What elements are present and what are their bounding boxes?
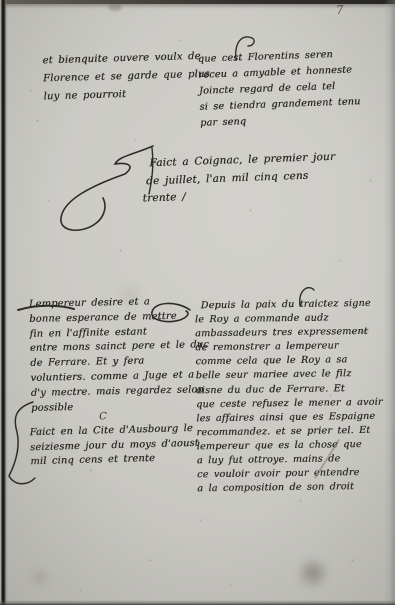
- dateline-augsburg: C Faict en la Cite d'Ausbourg le seizies…: [29, 422, 199, 470]
- manuscript-line: Depuis la paix du traictez signe: [201, 297, 382, 314]
- paragraph-depuis-la-paix: Depuis la paix du traictez signe le Roy …: [195, 297, 384, 497]
- paragraph-florentin: que cest Florentins seren receu a amyabl…: [198, 46, 362, 132]
- marginal-mark: C: [99, 411, 107, 422]
- initial-swirl-flourish: [146, 300, 196, 328]
- binding-edge-left: [0, 0, 8, 605]
- manuscript-line: mil cinq cens et trente: [30, 451, 199, 470]
- manuscript-line: ce vouloir avoir pour entendre: [197, 466, 384, 483]
- manuscript-line: luy ne pourroit: [43, 84, 210, 107]
- paper-stain: [296, 556, 330, 590]
- dateline-cognac: Faict a Coignac, le premier jour de juil…: [149, 149, 336, 208]
- paragraph-florence: et bienquite ouvere voulx de Florence et…: [42, 48, 210, 107]
- scan-edge-top: [0, 0, 395, 4]
- paper-stain: [108, 4, 122, 11]
- scan-edge-bottom: [0, 600, 395, 605]
- manuscript-line: a la composition de son droit: [197, 480, 384, 497]
- manuscript-page: 7 et bienquite ouvere voulx de Florence …: [0, 0, 395, 605]
- manuscript-line: possible: [31, 398, 210, 417]
- paper-stain: [28, 570, 52, 584]
- manuscript-line: ambassadeurs tres expressement: [195, 325, 382, 342]
- page-edge-right: [384, 0, 395, 605]
- folio-number: 7: [336, 3, 345, 17]
- manuscript-line: lempereur que es la chose que: [197, 438, 384, 455]
